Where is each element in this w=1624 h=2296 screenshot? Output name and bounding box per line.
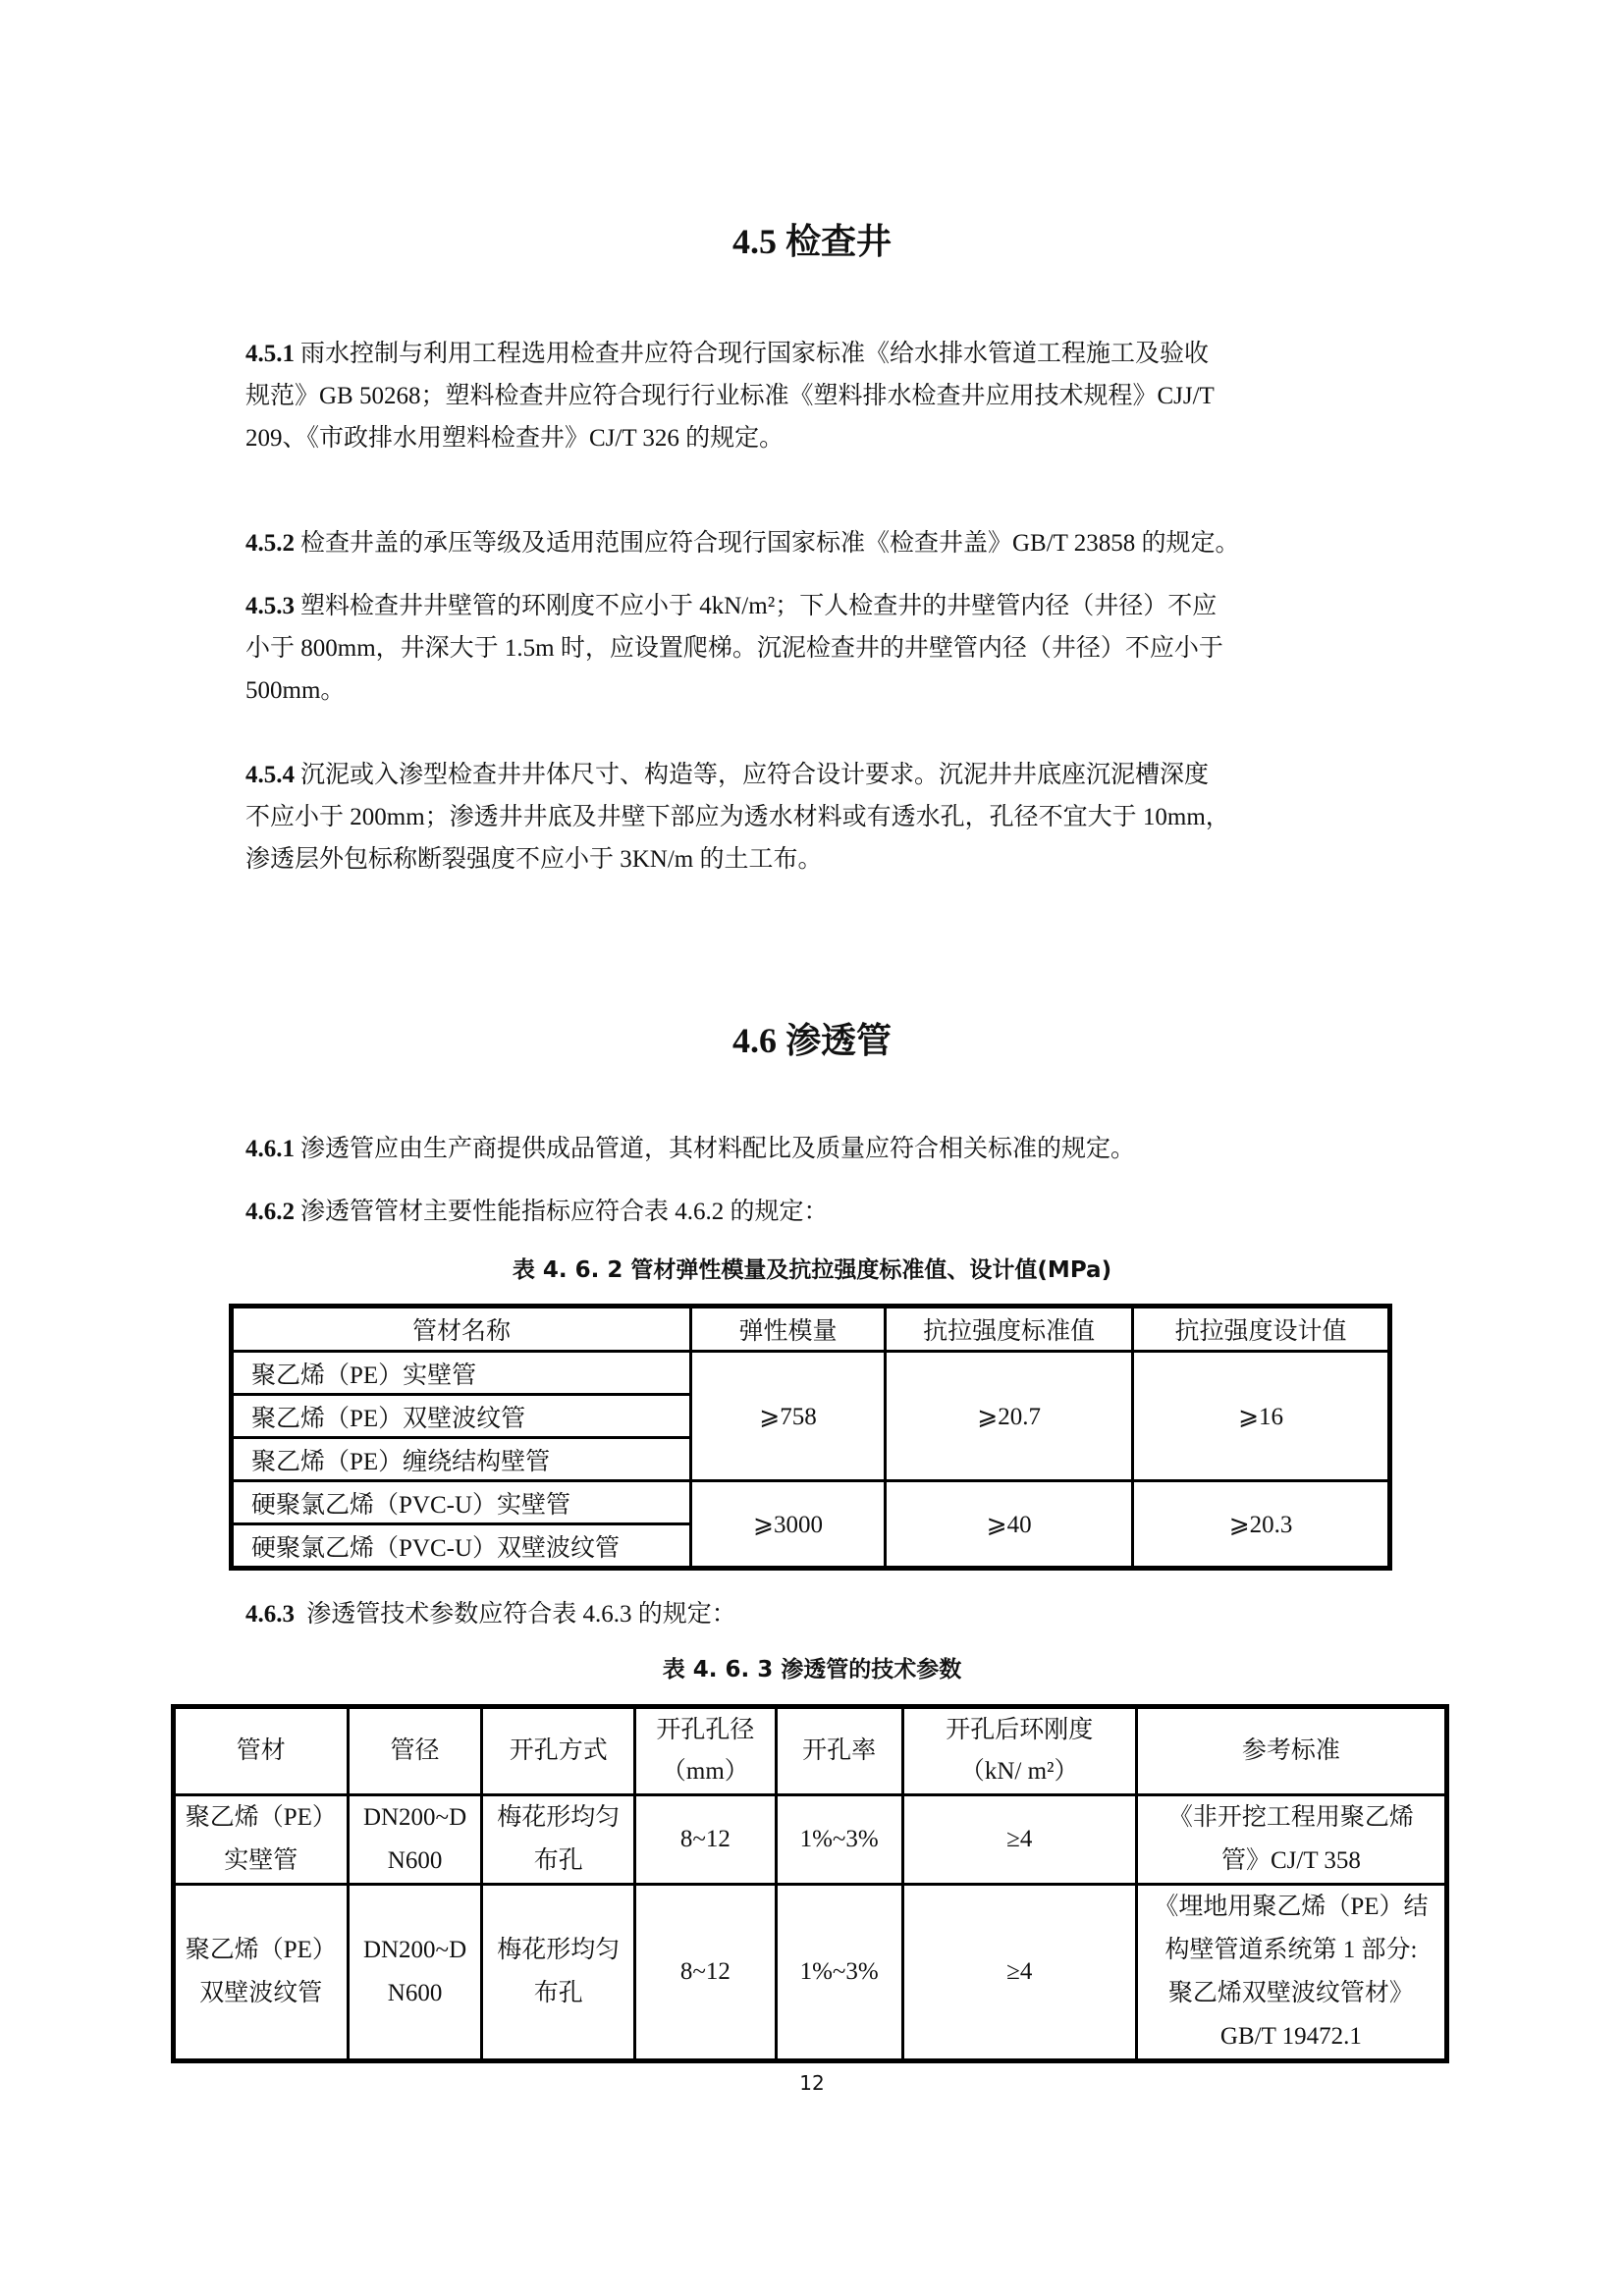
tensile-standard-cell: ⩾40: [886, 1481, 1133, 1569]
material-cell: 聚乙烯（PE）实壁管: [174, 1795, 349, 1885]
clause-text: 渗透管技术参数应符合表 4.6.3 的规定：: [300, 1601, 736, 1628]
clause-text: 塑料检查井井壁管的环刚度不应小于 4kN/m²；下人检查井的井壁管内径（井径）不…: [300, 593, 1217, 619]
clause-number: 4.5.1: [245, 341, 295, 367]
page-number: 12: [0, 2071, 1624, 2095]
ring-stiffness-cell: ≥4: [902, 1885, 1136, 2061]
clause-text: 209、《市政排水用塑料检查井》CJ/T 326 的规定。: [245, 425, 784, 452]
cell-text: 布孔: [534, 1980, 583, 2006]
tensile-design-cell: ⩾16: [1133, 1352, 1390, 1481]
column-header: 开孔率: [776, 1707, 902, 1795]
clause-text: 雨水控制与利用工程选用检查井应符合现行国家标准《给水排水管道工程施工及验收: [300, 341, 1209, 367]
modulus-cell: ⩾758: [690, 1352, 885, 1481]
cell-text: 梅花形均匀: [497, 1804, 620, 1831]
header-unit: （kN/ m²）: [960, 1758, 1079, 1785]
clause-4-5-3: 4.5.3塑料检查井井壁管的环刚度不应小于 4kN/m²；下人检查井的井壁管内径…: [245, 585, 1384, 712]
column-header: 参考标准: [1136, 1707, 1446, 1795]
clause-number: 4.6.1: [245, 1136, 295, 1162]
column-header: 管材名称: [232, 1307, 691, 1352]
table-row: 聚乙烯（PE）实壁管 DN200~DN600 梅花形均匀布孔 8~12 1%~3…: [174, 1795, 1447, 1885]
clause-number: 4.6.2: [245, 1199, 295, 1225]
pipe-name-cell: 聚乙烯（PE）缠绕结构壁管: [232, 1438, 691, 1481]
clause-number: 4.5.3: [245, 593, 295, 619]
column-header: 管径: [348, 1707, 482, 1795]
section-heading-4-6: 4.6 渗透管: [0, 1021, 1624, 1060]
clause-4-5-4: 4.5.4沉泥或入渗型检查井井体尺寸、构造等，应符合设计要求。沉泥井井底座沉泥槽…: [245, 754, 1384, 881]
ring-stiffness-cell: ≥4: [902, 1795, 1136, 1885]
cell-text: 聚乙烯双壁波纹管材》: [1168, 1980, 1414, 2006]
column-header: 开孔孔径（mm）: [634, 1707, 776, 1795]
header-text: 管材: [237, 1737, 286, 1764]
clause-text: 规范》GB 50268；塑料检查井应符合现行行业标准《塑料排水检查井应用技术规程…: [245, 383, 1215, 409]
clause-text: 渗透管应由生产商提供成品管道，其材料配比及质量应符合相关标准的规定。: [300, 1136, 1135, 1162]
cell-text: 双壁波纹管: [199, 1980, 322, 2006]
cell-text: 《非开挖工程用聚乙烯: [1168, 1804, 1414, 1831]
header-text: 开孔孔径: [656, 1717, 754, 1743]
method-cell: 梅花形均匀布孔: [482, 1795, 634, 1885]
cell-text: DN200~D: [363, 1937, 466, 1963]
hole-diameter-cell: 8~12: [634, 1795, 776, 1885]
column-header: 管材: [174, 1707, 349, 1795]
cell-text: 《埋地用聚乙烯（PE）结: [1154, 1894, 1428, 1920]
clause-text: 不应小于 200mm；渗透井井底及井壁下部应为透水材料或有透水孔，孔径不宜大于 …: [245, 804, 1230, 830]
section-heading-4-5: 4.5 检查井: [0, 222, 1624, 261]
cell-text: 聚乙烯（PE）: [186, 1937, 337, 1963]
column-header: 抗拉强度设计值: [1133, 1307, 1390, 1352]
cell-text: 布孔: [534, 1847, 583, 1874]
clause-text: 渗透管管材主要性能指标应符合表 4.6.2 的规定：: [300, 1199, 829, 1225]
clause-4-6-3: 4.6.3 渗透管技术参数应符合表 4.6.3 的规定：: [245, 1593, 1384, 1635]
hole-diameter-cell: 8~12: [634, 1885, 776, 2061]
header-text: 管径: [391, 1737, 440, 1764]
clause-number: 4.5.2: [245, 530, 295, 557]
standard-cell: 《埋地用聚乙烯（PE）结构壁管道系统第 1 部分:聚乙烯双壁波纹管材》GB/T …: [1136, 1885, 1446, 2061]
cell-text: GB/T 19472.1: [1220, 2023, 1362, 2050]
cell-text: N600: [388, 1980, 443, 2006]
clause-text: 检查井盖的承压等级及适用范围应符合现行国家标准《检查井盖》GB/T 23858 …: [300, 530, 1240, 557]
clause-text: 500mm。: [245, 677, 345, 704]
clause-4-6-2: 4.6.2渗透管管材主要性能指标应符合表 4.6.2 的规定：: [245, 1191, 1384, 1233]
standard-cell: 《非开挖工程用聚乙烯管》CJ/T 358: [1136, 1795, 1446, 1885]
header-text: 开孔后环刚度: [946, 1717, 1093, 1743]
table-4-6-2: 管材名称 弹性模量 抗拉强度标准值 抗拉强度设计值 聚乙烯（PE）实壁管 ⩾75…: [229, 1304, 1392, 1571]
clause-text: 小于 800mm，井深大于 1.5m 时，应设置爬梯。沉泥检查井的井壁管内径（井…: [245, 635, 1223, 662]
column-header: 开孔方式: [482, 1707, 634, 1795]
modulus-cell: ⩾3000: [690, 1481, 885, 1569]
table-4-6-3: 管材 管径 开孔方式 开孔孔径（mm） 开孔率 开孔后环刚度（kN/ m²） 参…: [171, 1704, 1449, 2063]
clause-text: 渗透层外包标称断裂强度不应小于 3KN/m 的土工布。: [245, 846, 823, 873]
cell-text: 管》CJ/T 358: [1221, 1847, 1361, 1874]
header-text: 开孔方式: [510, 1737, 608, 1764]
pipe-name-cell: 聚乙烯（PE）实壁管: [232, 1352, 691, 1395]
cell-text: 聚乙烯（PE）: [186, 1804, 337, 1831]
clause-4-6-1: 4.6.1渗透管应由生产商提供成品管道，其材料配比及质量应符合相关标准的规定。: [245, 1128, 1384, 1170]
header-text: 参考标准: [1242, 1737, 1340, 1764]
table-row: 硬聚氯乙烯（PVC-U）实壁管 ⩾3000 ⩾40 ⩾20.3: [232, 1481, 1390, 1524]
hole-rate-cell: 1%~3%: [776, 1795, 902, 1885]
clause-number: 4.6.3: [245, 1601, 295, 1628]
header-text: 开孔率: [802, 1737, 876, 1764]
clause-4-5-1: 4.5.1雨水控制与利用工程选用检查井应符合现行国家标准《给水排水管道工程施工及…: [245, 333, 1384, 459]
table-header-row: 管材 管径 开孔方式 开孔孔径（mm） 开孔率 开孔后环刚度（kN/ m²） 参…: [174, 1707, 1447, 1795]
cell-text: 构壁管道系统第 1 部分:: [1164, 1937, 1417, 1963]
table-row: 聚乙烯（PE）实壁管 ⩾758 ⩾20.7 ⩾16: [232, 1352, 1390, 1395]
diameter-cell: DN200~DN600: [348, 1795, 482, 1885]
table-caption-4-6-3: 表 4. 6. 3 渗透管的技术参数: [0, 1655, 1624, 1684]
tensile-standard-cell: ⩾20.7: [886, 1352, 1133, 1481]
table-header-row: 管材名称 弹性模量 抗拉强度标准值 抗拉强度设计值: [232, 1307, 1390, 1352]
tensile-design-cell: ⩾20.3: [1133, 1481, 1390, 1569]
pipe-name-cell: 硬聚氯乙烯（PVC-U）实壁管: [232, 1481, 691, 1524]
cell-text: 梅花形均匀: [497, 1937, 620, 1963]
cell-text: DN200~D: [363, 1804, 466, 1831]
table-caption-4-6-2: 表 4. 6. 2 管材弹性模量及抗拉强度标准值、设计值(MPa): [0, 1255, 1624, 1285]
cell-text: N600: [388, 1847, 443, 1874]
header-unit: （mm）: [662, 1758, 749, 1785]
hole-rate-cell: 1%~3%: [776, 1885, 902, 2061]
clause-text: 沉泥或入渗型检查井井体尺寸、构造等，应符合设计要求。沉泥井井底座沉泥槽深度: [300, 762, 1209, 788]
column-header: 弹性模量: [690, 1307, 885, 1352]
column-header: 开孔后环刚度（kN/ m²）: [902, 1707, 1136, 1795]
column-header: 抗拉强度标准值: [886, 1307, 1133, 1352]
method-cell: 梅花形均匀布孔: [482, 1885, 634, 2061]
material-cell: 聚乙烯（PE）双壁波纹管: [174, 1885, 349, 2061]
table-row: 聚乙烯（PE）双壁波纹管 DN200~DN600 梅花形均匀布孔 8~12 1%…: [174, 1885, 1447, 2061]
clause-number: 4.5.4: [245, 762, 295, 788]
diameter-cell: DN200~DN600: [348, 1885, 482, 2061]
pipe-name-cell: 硬聚氯乙烯（PVC-U）双壁波纹管: [232, 1524, 691, 1569]
clause-4-5-2: 4.5.2检查井盖的承压等级及适用范围应符合现行国家标准《检查井盖》GB/T 2…: [245, 522, 1384, 564]
pipe-name-cell: 聚乙烯（PE）双壁波纹管: [232, 1395, 691, 1438]
cell-text: 实壁管: [224, 1847, 298, 1874]
